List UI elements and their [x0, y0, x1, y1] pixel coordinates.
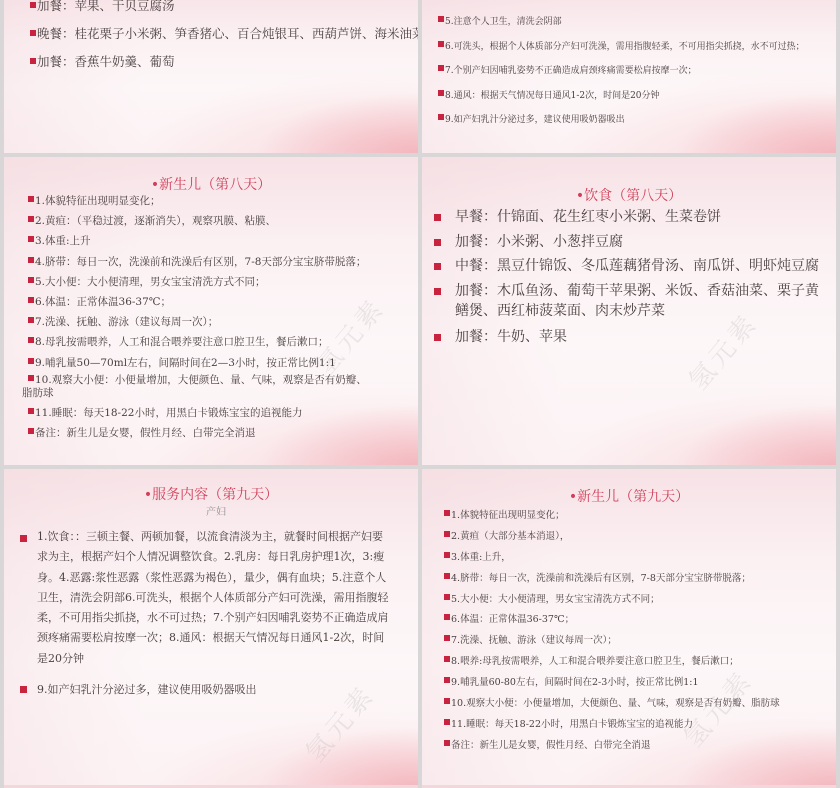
item-text: 5.大小便：大小便清理，男女宝宝清洗方式不同； [451, 594, 660, 605]
bullet-square-icon [30, 58, 36, 64]
bullet-square-icon [444, 719, 450, 725]
item-text: 1.体貌特征出现明显变化； [35, 195, 161, 207]
bullet-square-icon [434, 239, 441, 246]
slide-title: •饮食（第八天） [422, 185, 836, 205]
list-item: 7.个别产妇因哺乳姿势不正确造成肩颈疼痛需要松肩按摩一次； [438, 63, 805, 88]
meal-list: 加餐：苹果、干贝豆腐汤 晚餐：桂花栗子小米粥、笋香猪心、百合炖银耳、西葫芦饼、海… [30, 0, 418, 80]
item-text: 9.哺乳量50—70ml左右，间隔时间在2—3小时，按正常比例1:1 [35, 357, 336, 369]
item-text: 2.黄疸：（平稳过渡，逐渐消失），观察巩膜、粘膜、 [35, 215, 276, 227]
list-item: 6.可洗头，根据个人体质部分产妇可洗澡，需用指腹轻柔，不可用指尖抓挠，水不可过热… [438, 39, 805, 64]
bullet-square-icon [444, 552, 450, 558]
item-text: 备注：新生儿是女婴，假性月经、白带完全消退 [451, 740, 651, 751]
item-text: 5.大小便：大小便清理，男女宝宝清洗方式不同； [35, 276, 266, 288]
bullet-square-icon [434, 288, 441, 295]
bullet-square-icon [28, 216, 34, 222]
bullet-square-icon [444, 510, 450, 516]
bullet-square-icon [444, 594, 450, 600]
bullet-square-icon [28, 375, 34, 381]
item-text: 7.洗澡、抚触、游泳（建议每周一次）； [35, 316, 218, 328]
item-text: 加餐：牛奶、苹果 [455, 327, 567, 352]
item-text: 中餐：黑豆什锦饭、冬瓜莲藕猪骨汤、南瓜饼、明虾炖豆腐 [455, 256, 819, 281]
item-text: 备注：新生儿是女婴，假性月经、白带完全消退 [35, 427, 256, 439]
list-item: 5.大小便：大小便清理，男女宝宝清洗方式不同； [28, 273, 408, 293]
item-text: 1.体貌特征出现明显变化； [451, 510, 565, 521]
bullet-square-icon [20, 686, 27, 693]
bullet-square-icon [28, 236, 34, 242]
list-item: 中餐：黑豆什锦饭、冬瓜莲藕猪骨汤、南瓜饼、明虾炖豆腐 [434, 256, 826, 281]
list-item: 晚餐：桂花栗子小米粥、笋香猪心、百合炖银耳、西葫芦饼、海米油菜 [30, 24, 418, 52]
item-text-continuation: 脂肪球 [22, 387, 408, 400]
item-text: 6.体温：正常体温36-37℃； [35, 296, 171, 308]
list-item: 早餐：什锦面、花生红枣小米粥、生菜卷饼 [434, 207, 826, 232]
list-item: 2.黄疸（大部分基本消退）， [444, 530, 780, 551]
item-text: 早餐：什锦面、花生红枣小米粥、生菜卷饼 [455, 207, 721, 232]
item-text: 4.脐带：每日一次，洗澡前和洗澡后有区别，7-8天部分宝宝脐带脱落； [451, 573, 751, 584]
list-item: 3.体重:上升 [28, 232, 408, 252]
item-text: 9.哺乳量60-80左右，间隔时间在2-3小时，按正常比例1:1 [451, 677, 699, 688]
item-text: 3.体重:上升， [451, 552, 511, 563]
item-text: 2.黄疸（大部分基本消退）， [451, 531, 569, 542]
bullet-square-icon [438, 90, 444, 96]
item-text: 8.通风：根据天气情况每日通风1-2次，时间是20分钟 [445, 91, 660, 101]
slide-title: •服务内容（第九天） [4, 484, 418, 504]
bullet-square-icon [434, 263, 441, 270]
item-text: 晚餐：桂花栗子小米粥、笋香猪心、百合炖银耳、西葫芦饼、海米油菜 [37, 26, 418, 41]
item-text: 9.如产妇乳汁分泌过多，建议使用吸奶器吸出 [37, 681, 257, 697]
bullet-square-icon [438, 16, 444, 22]
item-text: 11.睡眠：每天18-22小时，用黑白卡锻炼宝宝的追视能力 [35, 407, 302, 419]
bullet-square-icon [438, 65, 444, 71]
list-item: 加餐：小米粥、小葱拌豆腐 [434, 232, 826, 257]
bullet-square-icon [28, 358, 34, 364]
list-item: 备注：新生儿是女婴，假性月经、白带完全消退 [444, 739, 780, 760]
list-item: 9.如产妇乳汁分泌过多，建议使用吸奶器吸出 [438, 112, 805, 137]
list-item: 2.黄疸：（平稳过渡，逐渐消失），观察巩膜、粘膜、 [28, 212, 408, 232]
slide-subtitle: 产妇 [4, 503, 418, 518]
bullet-square-icon [444, 656, 450, 662]
bullet-square-icon [28, 428, 34, 434]
list-item: 4.脐带：每日一次，洗澡前和洗澡后有区别，7-8天部分宝宝脐带脱落； [28, 253, 408, 273]
list-item: 6.体温：正常体温36-37℃； [444, 613, 780, 634]
bullet-square-icon [444, 677, 450, 683]
slide-thumbnail-diet-day8[interactable]: •饮食（第八天） 早餐：什锦面、花生红枣小米粥、生菜卷饼 加餐：小米粥、小葱拌豆… [422, 157, 836, 465]
item-text: 加餐：小米粥、小葱拌豆腐 [455, 232, 623, 257]
bullet-square-icon [444, 740, 450, 746]
item-text: 8.母乳按需喂养，人工和混合喂养要注意口腔卫生，餐后漱口； [35, 336, 329, 348]
bullet-square-icon [444, 698, 450, 704]
services-list: 1.饮食：：三顿主餐、两顿加餐，以流食清淡为主，就餐时间根据产妇要求为主，根据产… [20, 527, 390, 697]
item-text: 加餐：香蕉牛奶羹、葡萄 [37, 54, 175, 69]
list-item: 5.大小便：大小便清理，男女宝宝清洗方式不同； [444, 593, 780, 614]
list-item: 加餐：牛奶、苹果 [434, 327, 826, 352]
item-text: 加餐：苹果、干贝豆腐汤 [37, 0, 175, 13]
newborn-list: 1.体貌特征出现明显变化； 2.黄疸（大部分基本消退）， 3.体重:上升， 4.… [444, 509, 780, 760]
bullet-square-icon [20, 535, 27, 542]
list-item: 10.观察大小便：小便量增加，大便颜色、量、气味，观察是否有奶瓣、脂肪球 [28, 374, 408, 404]
list-item: 11.睡眠：每天18-22小时，用黑白卡锻炼宝宝的追视能力 [28, 404, 408, 424]
bullet-square-icon [444, 573, 450, 579]
item-text: 8.喂养:母乳按需喂养，人工和混合喂养要注意口腔卫生，餐后漱口； [451, 656, 739, 667]
list-item: 1.体貌特征出现明显变化； [444, 509, 780, 530]
item-text: 4.脐带：每日一次，洗澡前和洗澡后有区别，7-8天部分宝宝脐带脱落； [35, 256, 366, 268]
list-item: 加餐：木瓜鱼汤、葡萄干苹果粥、米饭、香菇油菜、栗子黄鳝煲、西红柿菠菜面、肉末炒芹… [434, 281, 826, 327]
bullet-square-icon [28, 297, 34, 303]
bullet-square-icon [438, 114, 444, 120]
list-item: 3.体重:上升， [444, 551, 780, 572]
list-item: 7.洗澡、抚触、游泳（建议每周一次）； [444, 634, 780, 655]
item-text: 1.饮食：：三顿主餐、两顿加餐，以流食清淡为主，就餐时间根据产妇要求为主，根据产… [37, 527, 390, 669]
list-item: 9.如产妇乳汁分泌过多，建议使用吸奶器吸出 [20, 681, 390, 697]
bullet-square-icon [28, 408, 34, 414]
bullet-square-icon [28, 337, 34, 343]
slide-thumbnail-newborn-day8[interactable]: •新生儿（第八天） 1.体貌特征出现明显变化； 2.黄疸：（平稳过渡，逐渐消失）… [4, 157, 418, 465]
item-text: 10.观察大小便：小便量增加，大便颜色、量、气味，观察是否有奶瓣、 [35, 374, 367, 386]
item-text: 3.体重:上升 [35, 235, 91, 247]
list-item: 1.饮食：：三顿主餐、两顿加餐，以流食清淡为主，就餐时间根据产妇要求为主，根据产… [20, 527, 390, 669]
slide-thumbnail-services-day9[interactable]: •服务内容（第九天） 产妇 1.饮食：：三顿主餐、两顿加餐，以流食清淡为主，就餐… [4, 469, 418, 788]
item-text: 7.洗澡、抚触、游泳（建议每周一次）； [451, 635, 617, 646]
item-text: 加餐：木瓜鱼汤、葡萄干苹果粥、米饭、香菇油菜、栗子黄鳝煲、西红柿菠菜面、肉末炒芹… [455, 281, 826, 327]
bullet-square-icon [28, 277, 34, 283]
care-list: 5.注意个人卫生，清洗会阴部 6.可洗头，根据个人体质部分产妇可洗澡，需用指腹轻… [438, 14, 805, 137]
item-text: 7.个别产妇因哺乳姿势不正确造成肩颈疼痛需要松肩按摩一次； [445, 66, 697, 76]
item-text: 5.注意个人卫生，清洗会阴部 [445, 17, 562, 27]
bullet-square-icon [438, 41, 444, 47]
slide-title: •新生儿（第九天） [422, 486, 836, 506]
list-item: 4.脐带：每日一次，洗澡前和洗澡后有区别，7-8天部分宝宝脐带脱落； [444, 572, 780, 593]
list-item: 8.通风：根据天气情况每日通风1-2次，时间是20分钟 [438, 88, 805, 113]
diet-list: 早餐：什锦面、花生红枣小米粥、生菜卷饼 加餐：小米粥、小葱拌豆腐 中餐：黑豆什锦… [434, 207, 826, 351]
bullet-square-icon [434, 334, 441, 341]
bullet-square-icon [444, 531, 450, 537]
bullet-square-icon [28, 317, 34, 323]
item-text: 9.如产妇乳汁分泌过多，建议使用吸奶器吸出 [445, 115, 625, 125]
list-item: 1.体貌特征出现明显变化； [28, 192, 408, 212]
list-item: 加餐：苹果、干贝豆腐汤 [30, 0, 418, 24]
slide-thumbnail-newborn-day9[interactable]: •新生儿（第九天） 1.体貌特征出现明显变化； 2.黄疸（大部分基本消退）， 3… [422, 469, 836, 788]
bullet-square-icon [28, 196, 34, 202]
list-item: 加餐：香蕉牛奶羹、葡萄 [30, 52, 418, 80]
list-item: 备注：新生儿是女婴，假性月经、白带完全消退 [28, 424, 408, 444]
item-text: 6.可洗头，根据个人体质部分产妇可洗澡，需用指腹轻柔，不可用指尖抓挠，水不可过热… [445, 42, 805, 52]
bullet-square-icon [444, 614, 450, 620]
bullet-square-icon [28, 257, 34, 263]
slide-thumbnail-postpartum-care[interactable]: 5.注意个人卫生，清洗会阴部 6.可洗头，根据个人体质部分产妇可洗澡，需用指腹轻… [422, 0, 836, 153]
item-text: 11.睡眠：每天18-22小时，用黑白卡锻炼宝宝的追视能力 [451, 719, 693, 730]
item-text: 6.体温：正常体温36-37℃； [451, 614, 574, 625]
slide-title: •新生儿（第八天） [4, 174, 418, 194]
bullet-square-icon [434, 214, 441, 221]
bullet-square-icon [444, 635, 450, 641]
bullet-square-icon [30, 2, 36, 8]
bullet-square-icon [30, 30, 36, 36]
list-item: 5.注意个人卫生，清洗会阴部 [438, 14, 805, 39]
slide-thumbnail-meals-continued[interactable]: 加餐：苹果、干贝豆腐汤 晚餐：桂花栗子小米粥、笋香猪心、百合炖银耳、西葫芦饼、海… [4, 0, 418, 153]
